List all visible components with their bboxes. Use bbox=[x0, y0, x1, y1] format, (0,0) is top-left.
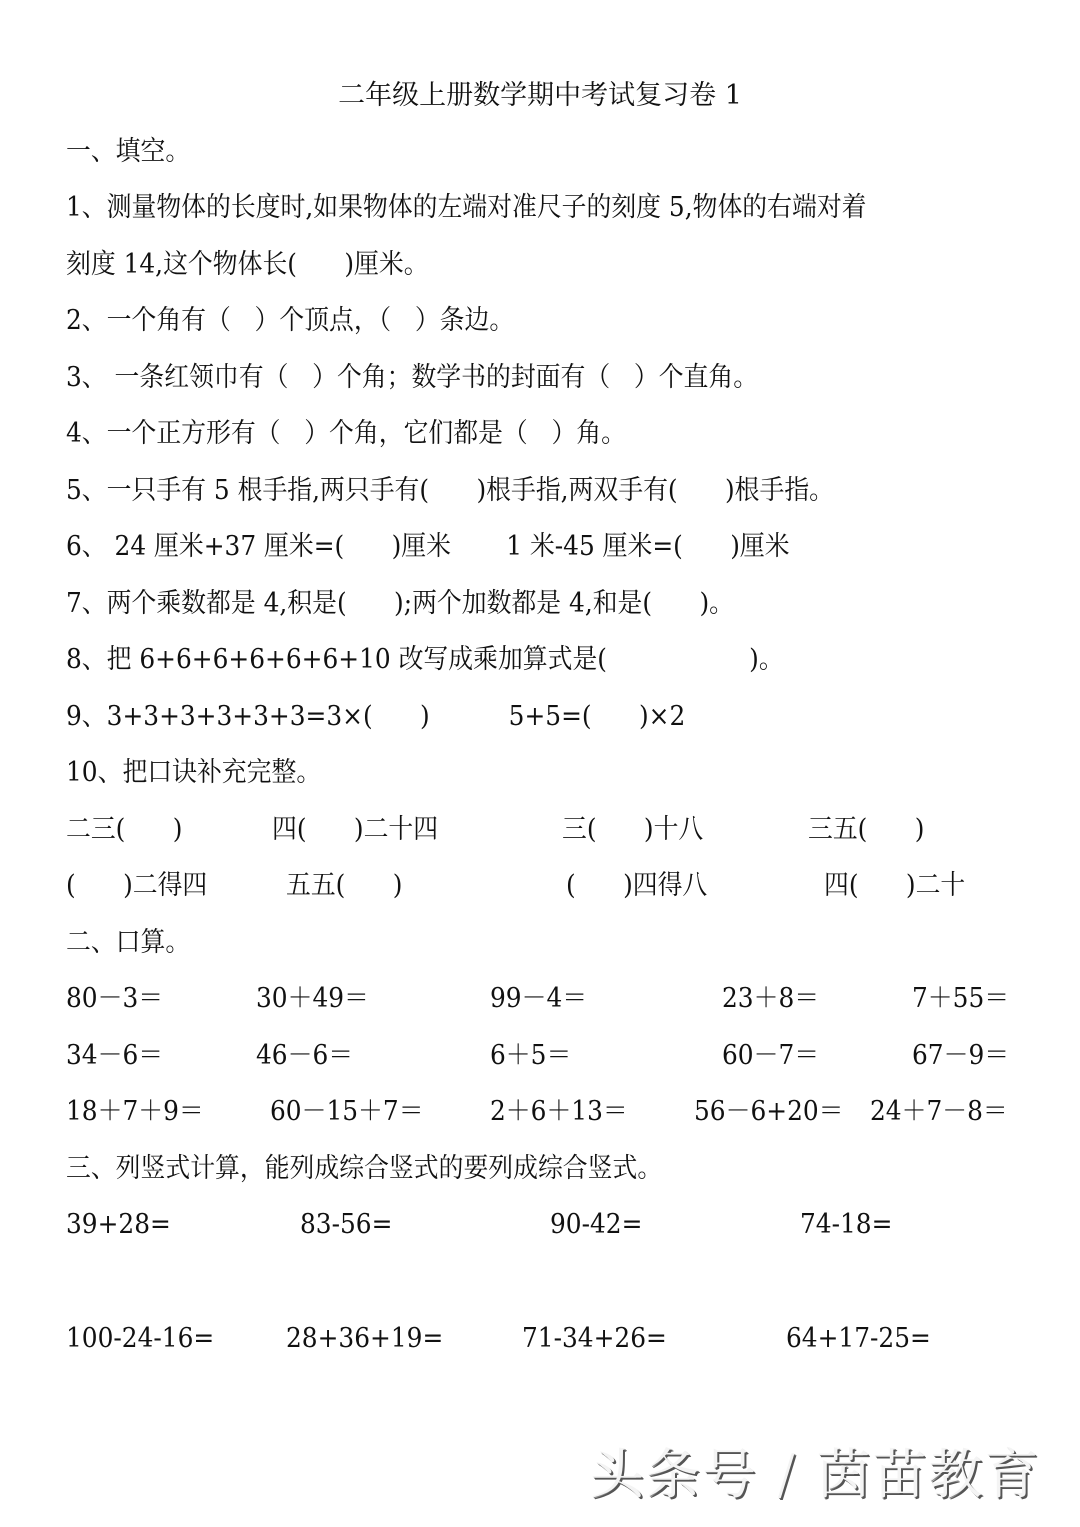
question-4: 4、一个正方形有（ ）个角，它们都是（ ）角。 bbox=[66, 416, 626, 452]
mental-math-item: 60－15＋7＝ bbox=[270, 1094, 424, 1130]
mental-math-item: 24＋7－8＝ bbox=[870, 1094, 1008, 1130]
mental-math-item: 80－3＝ bbox=[66, 981, 163, 1017]
mental-math-item: 60－7＝ bbox=[722, 1038, 819, 1074]
question-2: 2、一个角有（ ）个顶点，（ ）条边。 bbox=[66, 303, 514, 339]
vertical-calc-item: 64+17-25= bbox=[786, 1321, 931, 1357]
mental-math-item: 67－9＝ bbox=[912, 1038, 1009, 1074]
rhyme-blank: 三五( ) bbox=[808, 812, 924, 848]
question-8: 8、把 6+6+6+6+6+6+10 改写成乘加算式是( )。 bbox=[66, 642, 784, 678]
mental-math-item: 7＋55＝ bbox=[912, 981, 1009, 1017]
rhyme-blank: 五五( ) bbox=[286, 868, 402, 904]
rhyme-blank: 四( )二十 bbox=[824, 868, 965, 904]
mental-math-item: 46－6＝ bbox=[256, 1038, 353, 1074]
mental-math-item: 6＋5＝ bbox=[490, 1038, 571, 1074]
mental-math-item: 56－6+20＝ bbox=[694, 1094, 844, 1130]
page-title: 二年级上册数学期中考试复习卷 1 bbox=[0, 78, 1080, 114]
watermark: 头条号 / 茵苗教育 bbox=[590, 1440, 1041, 1510]
vertical-calc-item: 28+36+19= bbox=[286, 1321, 443, 1357]
question-10: 10、把口诀补充完整。 bbox=[66, 755, 321, 791]
worksheet-page: 二年级上册数学期中考试复习卷 1 一、填空。 1、测量物体的长度时,如果物体的左… bbox=[0, 0, 1080, 1527]
mental-math-item: 18＋7＋9＝ bbox=[66, 1094, 204, 1130]
vertical-calc-item: 39+28= bbox=[66, 1207, 171, 1243]
rhyme-blank: ( )二得四 bbox=[66, 868, 207, 904]
question-6: 6、 24 厘米+37 厘米=( )厘米 1 米-45 厘米=( )厘米 bbox=[66, 529, 790, 565]
mental-math-item: 99－4＝ bbox=[490, 981, 587, 1017]
question-1-line-2: 刻度 14,这个物体长( )厘米。 bbox=[66, 247, 429, 283]
rhyme-blank: 三( )十八 bbox=[562, 812, 703, 848]
vertical-calc-item: 74-18= bbox=[800, 1207, 892, 1243]
vertical-calc-item: 83-56= bbox=[300, 1207, 392, 1243]
question-1-line-1: 1、测量物体的长度时,如果物体的左端对准尺子的刻度 5,物体的右端对着 bbox=[66, 190, 867, 226]
question-3: 3、 一条红领巾有（ ）个角；数学书的封面有（ ）个直角。 bbox=[66, 360, 758, 396]
question-7: 7、两个乘数都是 4,积是( );两个加数都是 4,和是( )。 bbox=[66, 586, 734, 622]
rhyme-blank: 二三( ) bbox=[66, 812, 182, 848]
mental-math-item: 34－6＝ bbox=[66, 1038, 163, 1074]
vertical-calc-item: 71-34+26= bbox=[522, 1321, 667, 1357]
section-heading-fill-blank: 一、填空。 bbox=[66, 134, 190, 170]
mental-math-item: 30＋49＝ bbox=[256, 981, 369, 1017]
question-9: 9、3+3+3+3+3+3=3×( ) 5+5=( )×2 bbox=[66, 699, 685, 735]
question-5: 5、一只手有 5 根手指,两只手有( )根手指,两双手有( )根手指。 bbox=[66, 473, 834, 509]
vertical-calc-item: 100-24-16= bbox=[66, 1321, 214, 1357]
mental-math-item: 23＋8＝ bbox=[722, 981, 819, 1017]
rhyme-blank: 四( )二十四 bbox=[272, 812, 438, 848]
section-heading-vertical-calc: 三、列竖式计算，能列成综合竖式的要列成综合竖式。 bbox=[66, 1151, 662, 1187]
rhyme-blank: ( )四得八 bbox=[566, 868, 707, 904]
vertical-calc-item: 90-42= bbox=[550, 1207, 642, 1243]
section-heading-mental-math: 二、口算。 bbox=[66, 925, 190, 961]
mental-math-item: 2＋6＋13＝ bbox=[490, 1094, 628, 1130]
